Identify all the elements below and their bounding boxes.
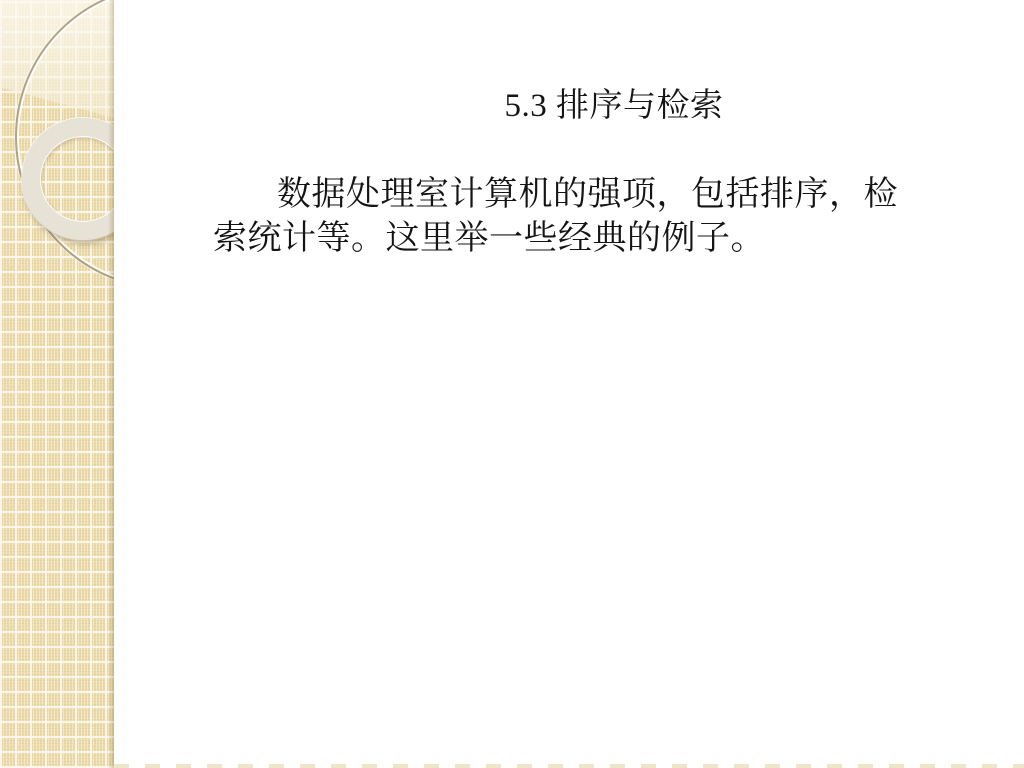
body-line: 索统计等。这里举一些经典的例子。 (213, 217, 937, 261)
body-line: 数据处理室计算机的强项，包括排序，检 (213, 173, 937, 217)
bottom-dash-strip (114, 764, 1024, 768)
presentation-slide: 5.3 排序与检索 数据处理室计算机的强项，包括排序，检 索统计等。这里举一些经… (0, 0, 1024, 768)
slide-title: 5.3 排序与检索 (204, 86, 1024, 126)
sidebar-edge-shadow (108, 0, 114, 768)
sidebar-decoration (0, 0, 114, 768)
slide-body-text: 数据处理室计算机的强项，包括排序，检 索统计等。这里举一些经典的例子。 (213, 173, 937, 261)
